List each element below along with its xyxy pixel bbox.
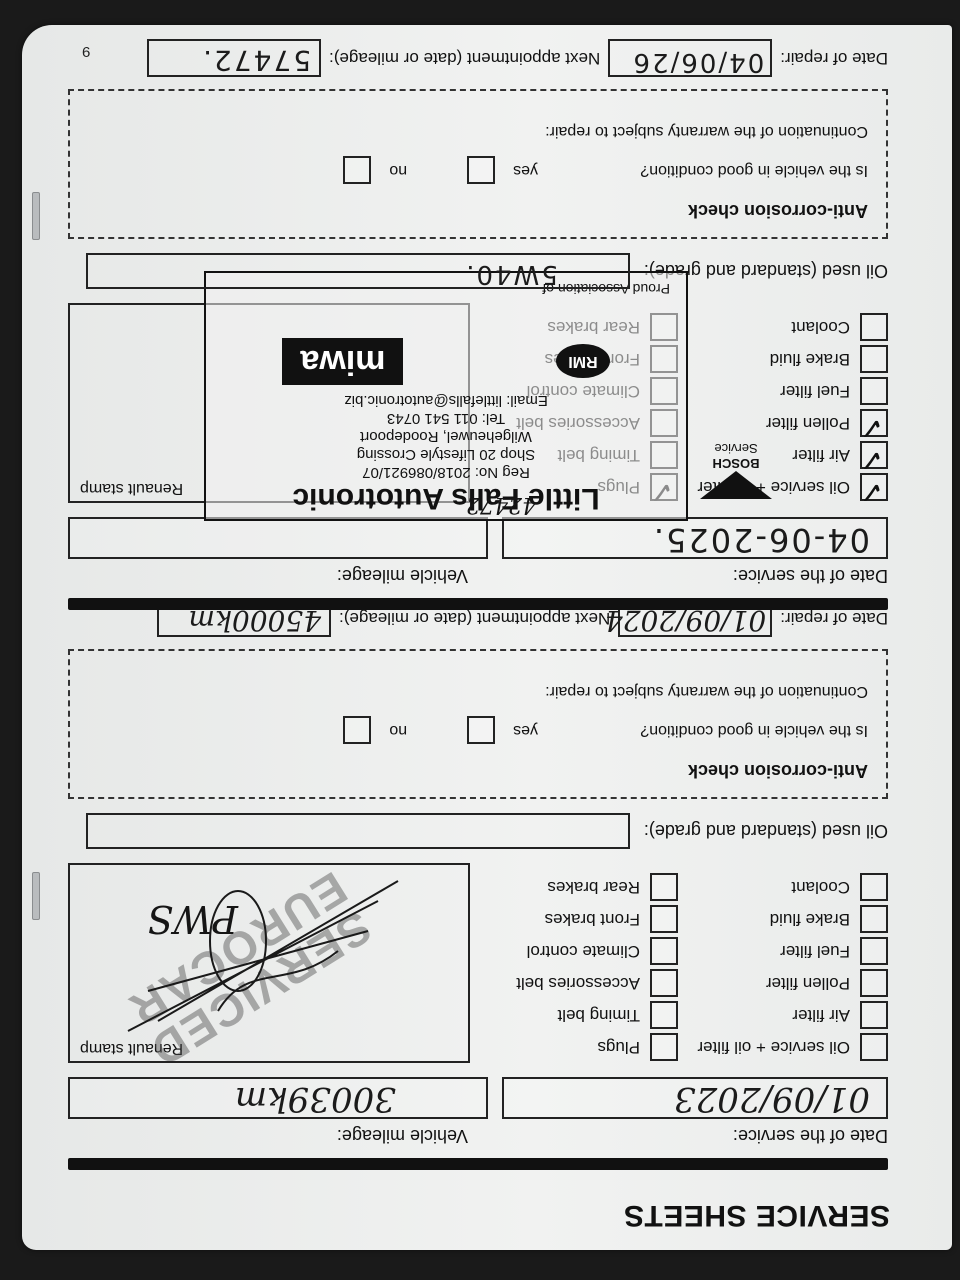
condition-yes-checkbox[interactable] (467, 716, 495, 744)
date-of-repair-label: Date of repair: (780, 48, 888, 68)
check-item[interactable]: Timing belt (478, 999, 678, 1031)
vehicle-mileage-label: Vehicle mileage: (337, 1125, 468, 1146)
checkbox[interactable] (650, 1033, 678, 1061)
check-item[interactable]: Coolant (678, 311, 888, 343)
checkbox[interactable] (860, 313, 888, 341)
check-item[interactable]: Oil service + oil filter (678, 1031, 888, 1063)
condition-yes-checkbox[interactable] (467, 156, 495, 184)
check-item[interactable]: Air filter (678, 999, 888, 1031)
checkbox-checked[interactable] (860, 473, 888, 501)
anti-corrosion-section: Anti-corrosion check Is the vehicle in g… (68, 649, 888, 799)
check-item[interactable]: Plugs (478, 1031, 678, 1063)
section-divider (68, 1158, 888, 1170)
oil-used-field[interactable] (86, 813, 630, 849)
checkbox-checked[interactable] (860, 441, 888, 469)
anti-corrosion-section: Anti-corrosion check Is the vehicle in g… (68, 89, 888, 239)
workshop-tel: Tel: 011 541 0743 (206, 409, 686, 427)
rmi-logo: RMI (556, 345, 609, 379)
checkbox[interactable] (650, 969, 678, 997)
next-appointment-label: Next appointment (date or mileage): (329, 48, 600, 68)
service-record-1: Date of the service: Vehicle mileage: 01… (68, 599, 888, 1170)
miwa-logo: miwa (282, 338, 403, 385)
check-item[interactable]: Pollen filter (678, 407, 888, 439)
checkbox[interactable] (650, 1001, 678, 1029)
checkbox[interactable] (860, 937, 888, 965)
check-item[interactable]: Accessories belt (478, 967, 678, 999)
condition-no-checkbox[interactable] (343, 156, 371, 184)
date-of-service-field[interactable]: 01/09/2023 (502, 1077, 888, 1119)
section-divider (68, 598, 888, 610)
service-booklet-page: SERVICE SHEETS Date of the service: Vehi… (22, 25, 952, 1250)
check-item[interactable]: Fuel filter (678, 375, 888, 407)
checkbox[interactable] (860, 1001, 888, 1029)
workshop-address-1: Shop 20 Lifestyle Crossing (206, 445, 686, 463)
signature-scribble (88, 871, 408, 1051)
workshop-reg-no: Reg No: 2018/086921/07 (206, 463, 686, 481)
date-of-service-field[interactable]: 04-06-2025. (502, 517, 888, 559)
checklist-left: Oil service + oil filter Air filter Poll… (678, 863, 888, 1063)
condition-no-checkbox[interactable] (343, 716, 371, 744)
checkbox[interactable] (650, 873, 678, 901)
oil-used-label: Oil used (standard and grade): (644, 821, 888, 842)
warranty-label: Continuation of the warranty subject to … (88, 682, 868, 700)
checkbox[interactable] (650, 905, 678, 933)
checkbox[interactable] (860, 969, 888, 997)
date-of-repair-field[interactable]: 04/06/26 (608, 39, 772, 77)
check-item[interactable]: Coolant (678, 871, 888, 903)
staple (32, 872, 40, 920)
checkbox[interactable] (860, 345, 888, 373)
date-of-repair-label: Date of repair: (780, 608, 888, 628)
check-item[interactable]: Brake fluid (678, 903, 888, 935)
next-appointment-field[interactable]: 57472. (147, 39, 321, 77)
warranty-label: Continuation of the warranty subject to … (88, 122, 868, 140)
check-item[interactable]: Rear brakes (478, 871, 678, 903)
check-item[interactable]: Climate control (478, 935, 678, 967)
checkbox[interactable] (860, 377, 888, 405)
check-item[interactable]: Fuel filter (678, 935, 888, 967)
workshop-stamp: BOSCH Service Little Falls Autotronic Re… (204, 271, 688, 521)
date-of-service-label: Date of the service: (468, 1125, 888, 1146)
check-item[interactable]: Pollen filter (678, 967, 888, 999)
check-item[interactable]: Brake fluid (678, 343, 888, 375)
vehicle-mileage-label: Vehicle mileage: (337, 565, 468, 586)
workshop-name: Little Falls Autotronic (206, 481, 686, 515)
checkbox[interactable] (860, 1033, 888, 1061)
bosch-service-logo: BOSCH Service (696, 441, 776, 499)
anti-corrosion-heading: Anti-corrosion check (88, 200, 868, 221)
next-appointment-label: Next appointment (date or mileage): (339, 608, 610, 628)
workshop-email: Email: littlefalls@autotronic.biz (206, 391, 686, 409)
anti-corrosion-heading: Anti-corrosion check (88, 760, 868, 781)
staple (32, 192, 40, 240)
checkbox[interactable] (860, 873, 888, 901)
checkbox[interactable] (860, 905, 888, 933)
check-item[interactable]: Front brakes (478, 903, 678, 935)
oil-used-field[interactable]: 5W40. (86, 253, 630, 289)
checkbox-checked[interactable] (860, 409, 888, 437)
vehicle-mileage-field[interactable]: 30039km (68, 1077, 488, 1119)
page-number: 9 (82, 43, 90, 60)
checkbox[interactable] (650, 937, 678, 965)
vehicle-mileage-field[interactable] (68, 517, 488, 559)
service-record-2: Date of the service: Vehicle mileage: 04… (68, 39, 888, 610)
workshop-address-2: Wilgeheuwel, Roodepoort (206, 427, 686, 445)
page-title: SERVICE SHEETS (623, 1198, 890, 1232)
renault-stamp-box: Renault stamp SERVICED EUROCAR PWS (68, 863, 470, 1063)
date-of-service-label: Date of the service: (468, 565, 888, 586)
checklist-right: Plugs Timing belt Accessories belt Clima… (478, 863, 678, 1063)
handwritten-mileage: 42472 (466, 492, 536, 517)
